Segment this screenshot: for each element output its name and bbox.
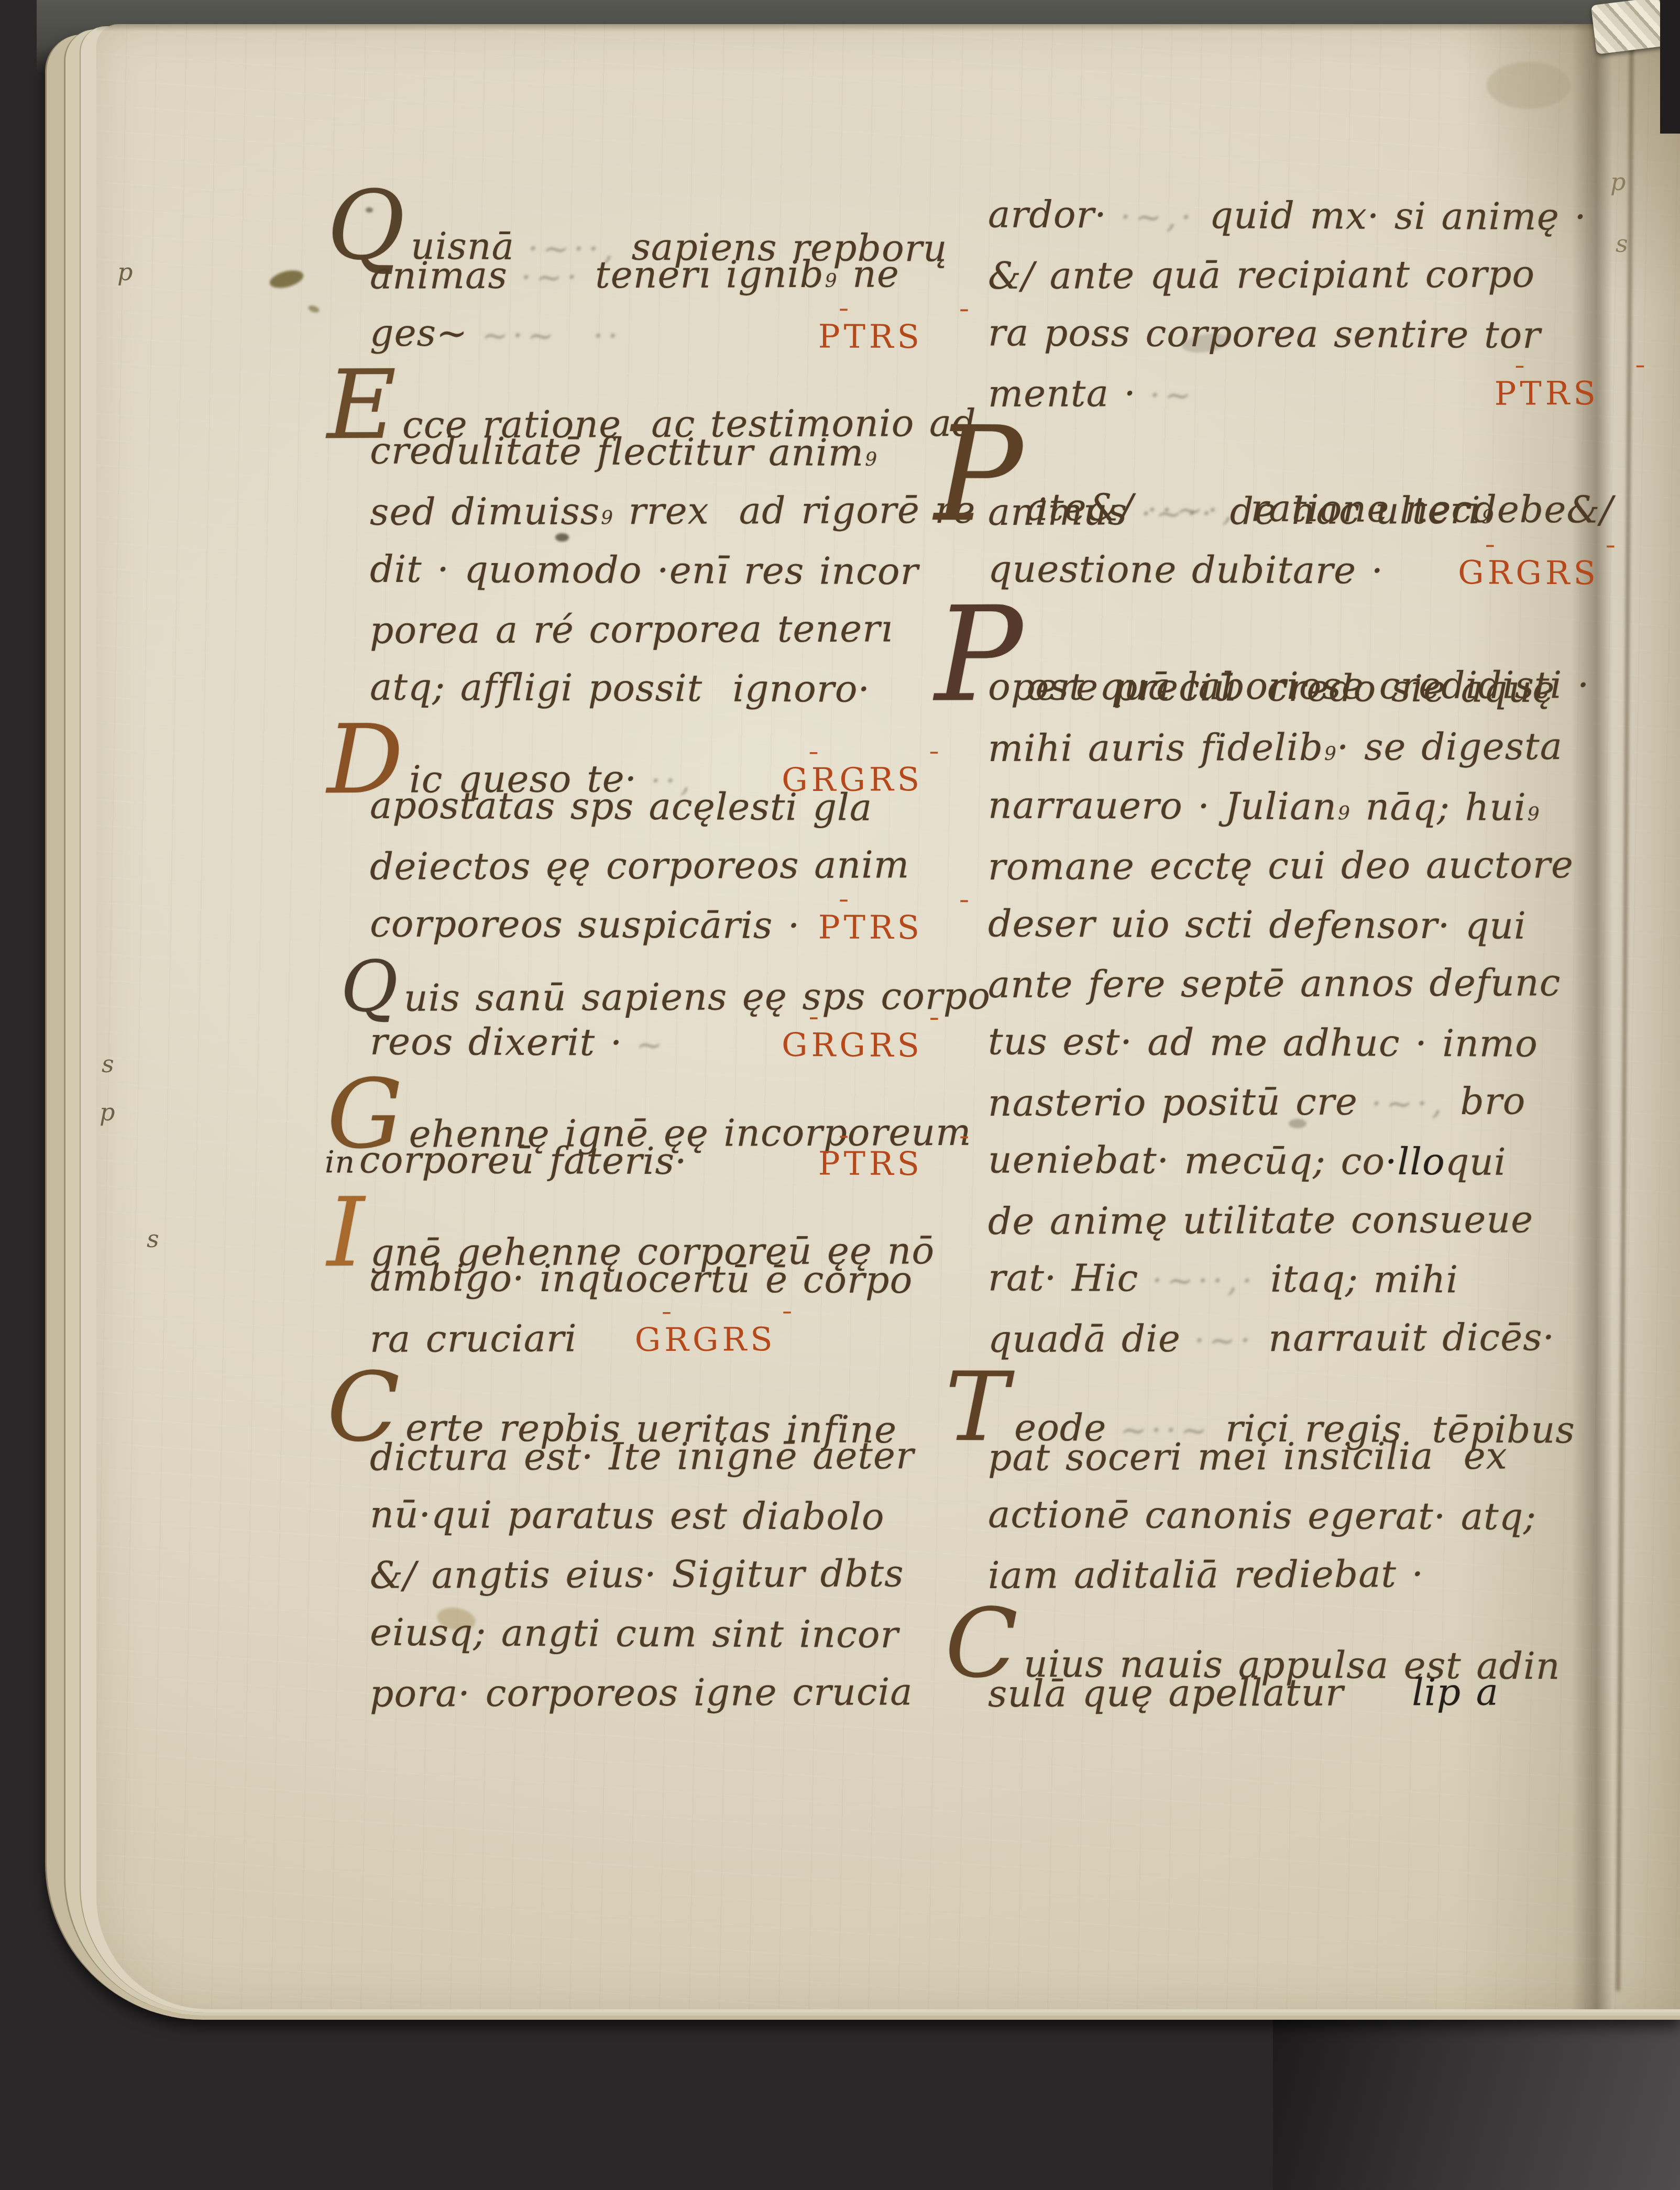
text-line: actionē canonis egerat· atq; [988,1492,1604,1554]
text-line: romane ecctę cui deo auctore [988,843,1604,904]
margin-letter-mark: p [117,258,133,286]
text-segment: dit · quomodo ·enī res incor [370,547,919,593]
text-segment: credulitatē flectitur anim [370,429,864,475]
initial-letter: Q [341,963,399,1012]
text-segment: qui [1445,1140,1507,1184]
text-line: eiusq; angti cum sint incor [370,1611,927,1672]
margin-letter-mark: s [1616,229,1628,258]
text-line: Teode~··~rici regis tēpibus [988,1374,1604,1436]
text-line: quadā die·~·narrauit dicēs· [988,1315,1604,1377]
text-line: pat soceri mei insicilia ex [988,1434,1604,1495]
text-line: ra poss corporea sentire tor [988,311,1604,372]
text-segment: questione dubitare · [988,547,1384,592]
rubric-speaker-label: PTRS [818,1144,924,1183]
rubric-speaker-label: GRGRS [1458,553,1599,592]
text-line: Cuius nauis appulsa est adin [988,1611,1604,1672]
text-segment: porea a ré corporea tenerı [370,607,893,652]
text-segment: atq; affligi possit ignoro· [370,665,871,711]
text-segment: ante fere septē annos defunc [988,961,1561,1007]
text-line: opere preciū credo sie aquę [988,665,1604,727]
text-segment: de animę utilitate consueue [988,1197,1534,1243]
text-segment: in [325,1144,355,1180]
braided-endband [1591,0,1665,54]
text-segment: deiectos ęę corporeos anim [370,843,910,888]
text-segment: narrauero · Julian [988,783,1337,828]
initial-letter: C [327,1374,401,1441]
text-line: questione dubitare ·GRGRS [988,547,1604,609]
text-segment: de hac ulteri [1230,489,1481,533]
text-line: Ignē gehennę corporeū ęę nō [370,1197,927,1259]
text-segment: corporeos suspicāris · [370,901,800,947]
text-line: tus est· ad me adhuc · inmo [988,1020,1604,1082]
text-segment: 9 [1528,804,1540,825]
text-line: iam aditaliā rediebat · [988,1551,1604,1613]
text-segment: quadā die [988,1317,1181,1361]
text-segment: 9 [1482,507,1495,528]
text-line: de animę utilitate consueue [988,1197,1604,1259]
text-segment: deser uio scti defensor· qui [988,901,1527,947]
text-segment: ardor· [988,192,1107,236]
backdrop-top-right-corner [1660,0,1680,134]
text-segment: tus est· ad me adhuc · inmo [988,1020,1538,1066]
text-segment: iam aditaliā rediebat · [988,1553,1424,1598]
text-segment: ges~ [370,311,468,355]
text-segment: reos dixerit · [370,1020,623,1064]
text-line: deser uio scti defensor· qui [988,901,1604,963]
text-line: &/ ante quā recipiant corpo [988,252,1604,313]
text-line: menta ··~PTRS [988,370,1604,431]
text-segment: rat· Hic [988,1256,1139,1300]
text-segment: sed dimuiss [370,489,600,534]
margin-letter-mark: p [1610,168,1626,196]
text-line: incorporeū fateris·PTRS [370,1138,927,1199]
text-line: nū·qui paratus est diabolo [370,1492,927,1554]
text-segment: &/ ante quā recipiant corpo [988,252,1535,298]
margin-letter-mark: p [100,1098,115,1126]
rubric-speaker-label: GRGRS [635,1320,776,1359]
text-line: nasterio positū cre·~·,bro [988,1079,1604,1140]
text-segment: actionē canonis egerat· atq; [988,1492,1536,1538]
text-line: &/ angtis eius· Sigitur dbts [370,1552,927,1613]
rubric-speaker-label: PTRS [818,908,924,947]
text-segment: animus [988,490,1128,534]
text-line: Pate&/··~·,ratione necdebe&/ [988,429,1604,491]
text-line: ges~~·~ ··PTRS [370,311,927,372]
text-segment: 9 [1338,802,1350,824]
text-segment: pat soceri mei insicilia ex [988,1434,1508,1479]
text-segment: animas [370,254,508,298]
erased-text: ·~·, [1371,1085,1447,1122]
rubric-speaker-label: GRGRS [782,1026,923,1064]
text-line: Certe repbis ueritas infine [370,1374,927,1436]
text-segment: ra poss corporea sentire tor [988,311,1541,357]
text-line: ueniebat· mecūq; co·lloqui [988,1138,1604,1199]
text-segment: 9 [601,507,613,529]
erased-text: ·~ [1150,377,1196,414]
text-line: pora· corporeos igne crucia [370,1670,927,1731]
erased-text: ·~·· [1141,496,1216,533]
text-line: Quisnā·~··,sapiens repborų [370,193,927,255]
text-segment: &/ angtis eius· Sigitur dbts [370,1552,904,1598]
text-segment: nasterio positū cre [988,1080,1358,1125]
erased-text: ·~,· [1121,199,1196,236]
text-segment: 9 [825,270,838,292]
text-line: Dic queso te···,GRGRS [370,724,927,786]
text-line: ardor··~,·quid mx· si animę · [988,192,1604,254]
erased-text: ~·~ ·· [481,317,622,354]
text-segment: dictura est· Ite inignē aeter [370,1434,914,1479]
text-line: rat· Hic·~··,·itaq; mihi [988,1256,1604,1318]
text-segment: mihi auris fidelib [988,725,1323,770]
text-line: ambigo· inquocertū ē corpo [370,1256,927,1318]
text-segment: corporeū fateris· [359,1138,687,1183]
text-line: reos dixerit ·~GRGRS [370,1020,927,1082]
rubric-speaker-label: PTRS [1495,374,1599,413]
text-line: ante fere septē annos defunc [988,961,1604,1022]
text-segment: opere preciū credo sie aquę [988,665,1555,711]
text-segment: ambigo· inquocertū ē corpo [370,1256,913,1302]
rubric-speaker-label: PTRS [818,317,924,356]
text-segment: 9 [865,449,877,470]
text-line: Ecce ratione ac testimonio ad [370,370,927,432]
text-segment: nū·qui paratus est diabolo [370,1492,885,1538]
text-line: corporeos suspicāris ·PTRS [370,901,927,963]
text-line: apostatas sps acęlesti gla [370,784,927,845]
text-segment: · se digesta [1337,724,1563,769]
page-top-edge [96,24,1680,31]
text-line: narrauero · Julian9 nāq; hui9 [988,783,1604,845]
text-segment: tenerı ignib [595,252,824,297]
initial-letter: Q [327,192,406,259]
initial-letter: T [945,1374,1009,1441]
text-segment: nāq; hui [1350,785,1527,829]
text-line: ra cruciariGRGRS [370,1315,927,1377]
margin-letter-mark: s [147,1225,159,1253]
initial-letter: I [327,1199,365,1266]
text-segment: romane ecctę cui deo auctore [988,843,1574,888]
text-line: mihi auris fidelib9· se digesta [988,724,1604,786]
margin-letter-mark: s [102,1050,114,1078]
text-segment: sulā quę apellatur [988,1671,1344,1715]
text-segment: ueniebat· mecūq; co [988,1138,1385,1183]
text-line: credulitatē flectitur anim9 [370,429,927,491]
erased-text: ·~· [1194,1322,1255,1359]
initial-letter: C [945,1610,1019,1677]
text-segment: pora· corporeos igne crucia [370,1670,913,1715]
text-line: dit · quomodo ·enī res incor [370,547,927,609]
parchment-stain [1487,62,1571,109]
text-line: Post quā laboriose credidisti · [988,607,1604,668]
text-segment: 9 [1324,743,1337,765]
text-line: sulā quę apellaturlip a [988,1670,1604,1731]
text-segment: narrauit dicēs· [1268,1315,1555,1360]
text-segment: apostatas sps acęlesti gla [370,784,873,829]
text-segment: ·llo [1385,1140,1445,1184]
text-segment: ne [838,252,900,295]
text-line: atq; affligi possit ignoro· [370,665,927,727]
text-segment: ra cruciari [370,1317,577,1361]
text-segment: bro [1460,1079,1525,1122]
erased-text: ~ [636,1027,667,1063]
erased-text: ·~· [521,259,582,295]
text-segment: rrex ad rigorē re [613,488,976,533]
text-line: dictura est· Ite inignē aeter [370,1434,927,1495]
text-segment: eiusq; angti cum sint incor [370,1611,899,1656]
text-line: porea a ré corporea tenerı [370,607,927,668]
text-segment: lip a [1412,1670,1499,1714]
text-segment: quid mx· si animę · [1209,193,1587,238]
text-line: sed dimuiss9 rrex ad rigorē re [370,488,927,549]
text-segment: itaq; mihi [1270,1257,1458,1302]
erased-text: ·~··,· [1152,1262,1257,1300]
